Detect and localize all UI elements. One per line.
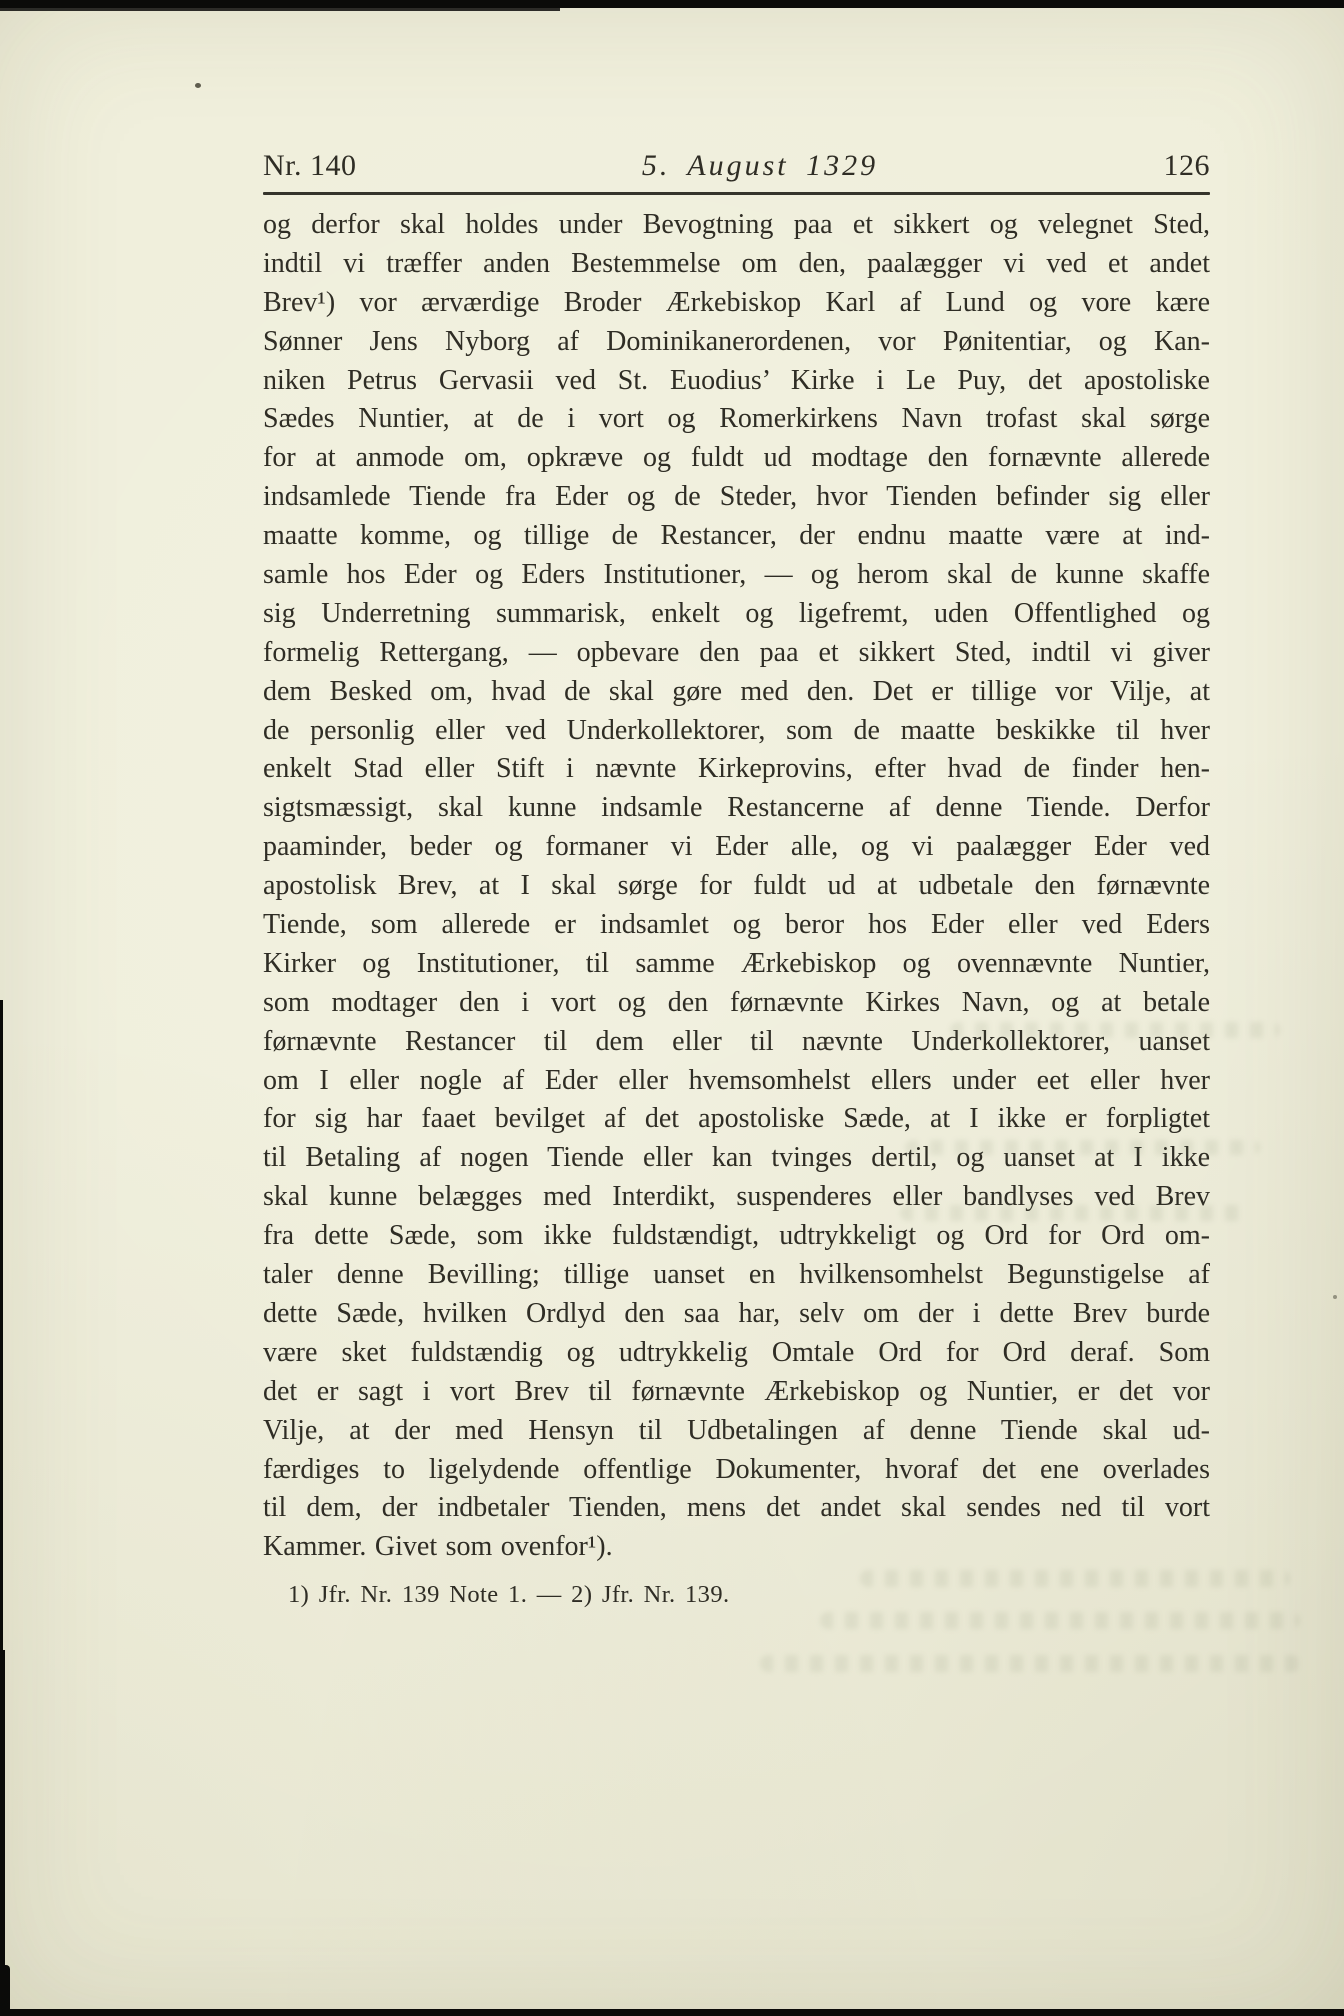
bleed-through-artifact xyxy=(760,1655,1300,1672)
body-text-line: indsamlede Tiende fra Eder og de Steder,… xyxy=(263,478,1210,517)
scan-border-bottom xyxy=(0,2009,1344,2016)
dust-speck xyxy=(195,83,201,88)
document-body-text: og derfor skal holdes under Bevogtning p… xyxy=(263,206,1210,1567)
body-text-line: indtil vi træffer anden Bestemmelse om d… xyxy=(263,245,1210,284)
scanned-page: Nr. 140 5. August 1329 126 og derfor ska… xyxy=(0,0,1344,2016)
body-text-line: samle hos Eder og Eders Institutioner, —… xyxy=(263,556,1210,595)
body-text-line: for sig har faaet bevilget af det aposto… xyxy=(263,1100,1210,1139)
body-text-line: niken Petrus Gervasii ved St. Euodius’ K… xyxy=(263,362,1210,401)
body-text-line: paaminder, beder og formaner vi Eder all… xyxy=(263,828,1210,867)
body-text-line: de personlig eller ved Underkollektorer,… xyxy=(263,712,1210,751)
body-text-line: apostolisk Brev, at I skal sørge for ful… xyxy=(263,867,1210,906)
body-text-line: dette Sæde, hvilken Ordlyd den saa har, … xyxy=(263,1295,1210,1334)
page-number: 126 xyxy=(1164,149,1211,183)
body-text-line: dem Besked om, hvad de skal gøre med den… xyxy=(263,673,1210,712)
body-text-line: være sket fuldstændig og udtrykkelig Omt… xyxy=(263,1334,1210,1373)
body-text-line: Sædes Nuntier, at de i vort og Romerkirk… xyxy=(263,400,1210,439)
scan-border-top xyxy=(0,0,1344,8)
document-date: 5. August 1329 xyxy=(357,149,1164,183)
body-text-line: førnævnte Restancer til dem eller til næ… xyxy=(263,1023,1210,1062)
footnote: 1) Jfr. Nr. 139 Note 1. — 2) Jfr. Nr. 13… xyxy=(288,1580,1210,1610)
page-header: Nr. 140 5. August 1329 126 xyxy=(263,149,1210,183)
body-text-line: Tiende, som allerede er indsamlet og ber… xyxy=(263,906,1210,945)
body-text-line: skal kunne belægges med Interdikt, suspe… xyxy=(263,1178,1210,1217)
header-rule xyxy=(263,192,1210,195)
body-text-line: sig Underretning summarisk, enkelt og li… xyxy=(263,595,1210,634)
scan-border-left xyxy=(0,1650,5,2016)
body-text-line: Brev¹) vor ærværdige Broder Ærkebiskop K… xyxy=(263,284,1210,323)
body-text-line: færdiges to ligelydende offentlige Dokum… xyxy=(263,1451,1210,1490)
document-number: Nr. 140 xyxy=(263,149,357,183)
body-text-line: om I eller nogle af Eder eller hvemsomhe… xyxy=(263,1062,1210,1101)
body-text-line: Sønner Jens Nyborg af Dominikanerordenen… xyxy=(263,323,1210,362)
body-text-line: til dem, der indbetaler Tienden, mens de… xyxy=(263,1489,1210,1528)
body-text-line: formelig Rettergang, — opbevare den paa … xyxy=(263,634,1210,673)
body-text-line: Kirker og Institutioner, til samme Ærkeb… xyxy=(263,945,1210,984)
scan-border-left xyxy=(0,1000,3,1700)
body-text-line: enkelt Stad eller Stift i nævnte Kirkepr… xyxy=(263,750,1210,789)
body-text-line: Vilje, at der med Hensyn til Udbetalinge… xyxy=(263,1412,1210,1451)
body-text-line: som modtager den i vort og den førnævnte… xyxy=(263,984,1210,1023)
body-text-line: det er sagt i vort Brev til førnævnte Ær… xyxy=(263,1373,1210,1412)
dust-speck xyxy=(1333,1295,1337,1299)
body-text-line: taler denne Bevilling; tillige uanset en… xyxy=(263,1256,1210,1295)
body-text-line: og derfor skal holdes under Bevogtning p… xyxy=(263,206,1210,245)
body-text-line: for at anmode om, opkræve og fuldt ud mo… xyxy=(263,439,1210,478)
body-text-line: maatte komme, og tillige de Restancer, d… xyxy=(263,517,1210,556)
body-text-line: fra dette Sæde, som ikke fuldstændigt, u… xyxy=(263,1217,1210,1256)
bleed-through-artifact xyxy=(820,1612,1300,1629)
scan-border-left-corner xyxy=(0,1965,10,2016)
body-text-line: til Betaling af nogen Tiende eller kan t… xyxy=(263,1139,1210,1178)
body-text-line: sigtsmæssigt, skal kunne indsamle Restan… xyxy=(263,789,1210,828)
body-text-line: Kammer. Givet som ovenfor¹). xyxy=(263,1528,1210,1567)
